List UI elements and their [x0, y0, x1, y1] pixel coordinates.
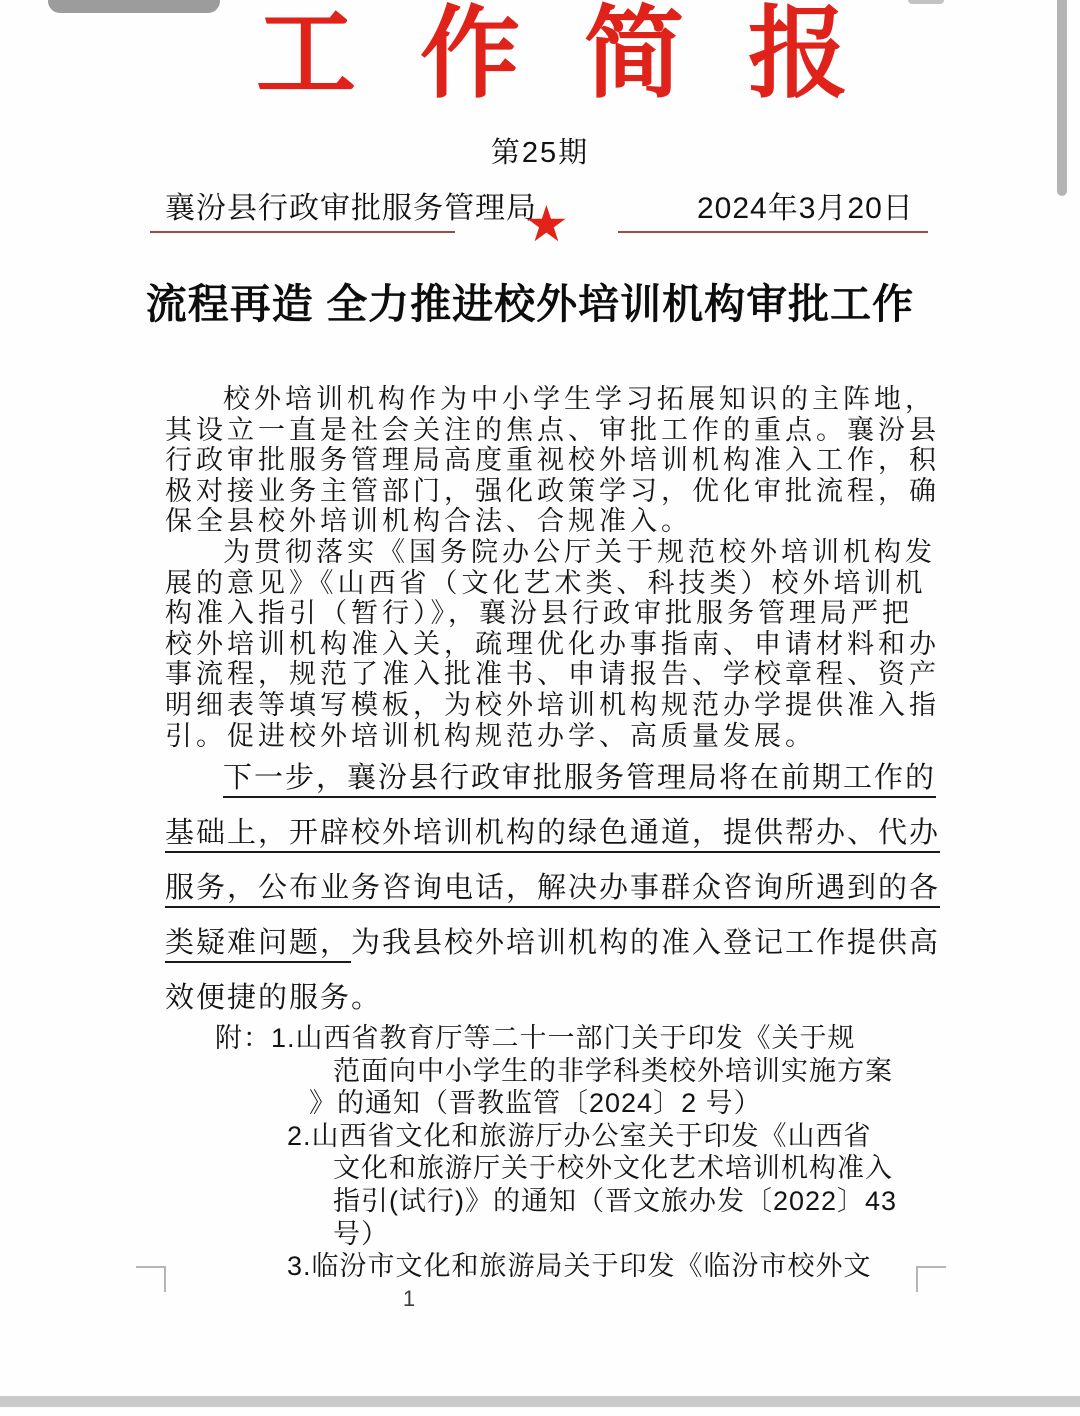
issue-number: 第25期 [0, 130, 1080, 171]
publish-date: 2024年3月20日 [697, 183, 914, 227]
body-line: 校外培训机构准入关，疏理优化办事指南、申请材料和办 [165, 629, 917, 660]
masthead-title: 工作简报 [256, 0, 912, 112]
body-line: 行政审批服务管理局高度重视校外培训机构准入工作，积 [165, 445, 917, 476]
bottom-bar [0, 1396, 1080, 1407]
red-rule-left [150, 231, 455, 233]
red-rule-right [618, 231, 928, 233]
body-line: 事流程，规范了准入批准书、申请报告、学校章程、资产 [165, 659, 917, 690]
body-line: 明细表等填写模板，为校外培训机构规范办学提供准入指 [165, 690, 917, 721]
emphasis-line: 类疑难问题，为我县校外培训机构的准入登记工作提供高 [165, 916, 935, 971]
emphasis-line: 效便捷的服务。 [165, 971, 935, 1026]
body-line: 其设立一直是社会关注的焦点、审批工作的重点。襄汾县 [165, 415, 917, 446]
attachment-line: 附：1.山西省教育厅等二十一部门关于印发《关于规 [215, 1022, 965, 1055]
emphasis-line: 下一步，襄汾县行政审批服务管理局将在前期工作的 [165, 751, 935, 806]
tab-remnant [48, 0, 220, 13]
body-line: 展的意见》《山西省（文化艺术类、科技类）校外培训机 [165, 568, 917, 599]
underlined-text: 服务，公布业务咨询电话，解决办事群众咨询所遇到的各 [165, 872, 940, 904]
body-line: 校外培训机构作为中小学生学习拓展知识的主阵地， [165, 384, 917, 415]
org-name: 襄汾县行政审批服务管理局 [165, 183, 537, 227]
text-boundary-mark-right [916, 1266, 946, 1292]
page-number: 1 [398, 1286, 420, 1312]
article-title: 流程再造 全力推进校外培训机构审批工作 [0, 271, 1060, 330]
star-icon: ★ [524, 196, 569, 252]
text-boundary-mark-left [136, 1266, 166, 1292]
emphasis-line: 服务，公布业务咨询电话，解决办事群众咨询所遇到的各 [165, 861, 935, 916]
attachment-list: 附：1.山西省教育厅等二十一部门关于印发《关于规 范面向中小学生的非学科类校外培… [165, 1022, 965, 1283]
tab-remnant-small [908, 0, 944, 4]
attachment-line: 指引(试行)》的通知（晋文旅办发〔2022〕43 [333, 1185, 965, 1218]
attachment-line: 3.临汾市文化和旅游局关于印发《临汾市校外文 [287, 1250, 965, 1283]
attachment-line: 》的通知（晋教监管〔2024〕2 号） [309, 1087, 965, 1120]
attachment-line: 2.山西省文化和旅游厅办公室关于印发《山西省 [287, 1120, 965, 1153]
underlined-text: 类疑难问题， [165, 927, 351, 959]
briefing-page: 工作简报 第25期 襄汾县行政审批服务管理局 2024年3月20日 ★ 流程再造… [0, 0, 1080, 1416]
body-paragraphs: 校外培训机构作为中小学生学习拓展知识的主阵地， 其设立一直是社会关注的焦点、审批… [165, 384, 917, 751]
plain-text: 效便捷的服务。 [165, 982, 382, 1014]
attachment-line: 号） [333, 1218, 965, 1251]
body-line: 引。促进校外培训机构规范办学、高质量发展。 [165, 721, 917, 752]
attachment-line: 范面向中小学生的非学科类校外培训实施方案 [333, 1055, 965, 1088]
attachment-line: 文化和旅游厅关于校外文化艺术培训机构准入 [333, 1152, 965, 1185]
plain-text: 为我县校外培训机构的准入登记工作提供高 [351, 927, 940, 959]
body-line: 极对接业务主管部门，强化政策学习，优化审批流程，确 [165, 476, 917, 507]
emphasis-line: 基础上，开辟校外培训机构的绿色通道，提供帮办、代办 [165, 806, 935, 861]
emphasis-paragraph: 下一步，襄汾县行政审批服务管理局将在前期工作的 基础上，开辟校外培训机构的绿色通… [165, 751, 935, 1026]
body-line: 构准入指引（暂行）》，襄汾县行政审批服务管理局严把 [165, 598, 917, 629]
body-line: 保全县校外培训机构合法、合规准入。 [165, 506, 917, 537]
underlined-text: 下一步，襄汾县行政审批服务管理局将在前期工作的 [223, 762, 936, 794]
body-line: 为贯彻落实《国务院办公厅关于规范校外培训机构发 [165, 537, 917, 568]
underlined-text: 基础上，开辟校外培训机构的绿色通道，提供帮办、代办 [165, 817, 940, 849]
